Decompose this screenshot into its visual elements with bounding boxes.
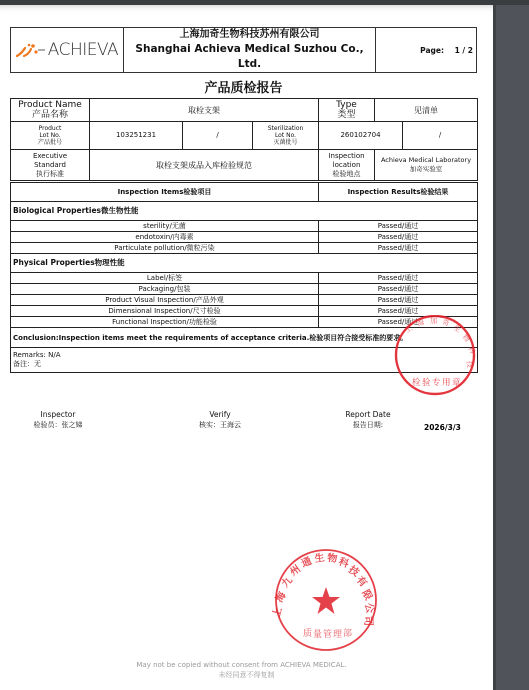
table-row: endotoxin/内毒素 Passed/通过 xyxy=(11,232,478,243)
report-date-value: 2026/3/3 xyxy=(424,423,461,432)
svg-text:质: 质 xyxy=(303,627,312,639)
item-name: Functional Inspection/功能检验 xyxy=(11,317,319,328)
std-label-line2: Standard xyxy=(13,161,87,170)
std-label-line1: Executive xyxy=(13,152,87,161)
type-label-en: Type xyxy=(321,100,372,110)
executive-standard-value: 取栓支架成品入库检验规范 xyxy=(90,150,319,181)
verify-label: Verify xyxy=(190,410,250,420)
logo-cell: ACHIEVA xyxy=(11,28,124,73)
inspector-name: 检验员：张之娣 xyxy=(28,420,88,430)
type-label: Type 类型 xyxy=(319,99,375,122)
inspector-signature: Inspector 检验员：张之娣 xyxy=(28,410,88,430)
item-result: Passed/通过 xyxy=(319,221,478,232)
company-logo: ACHIEVA xyxy=(11,28,123,72)
footer-line-cn: 未经同意不得复制 xyxy=(0,670,493,680)
item-result: Passed/通过 xyxy=(319,232,478,243)
svg-text:技: 技 xyxy=(465,360,475,368)
ster-label-line2: Lot No. xyxy=(255,132,316,139)
svg-text:奇: 奇 xyxy=(441,317,450,328)
svg-text:上: 上 xyxy=(271,606,284,619)
verify-signature: Verify 核实：王海云 xyxy=(190,410,250,430)
svg-text:用: 用 xyxy=(442,378,451,388)
svg-text:部: 部 xyxy=(343,627,352,639)
table-row: Packaging/包装 Passed/通过 xyxy=(11,284,478,295)
svg-text:理: 理 xyxy=(333,629,342,640)
loc-value-cn: 加奇实验室 xyxy=(377,165,475,174)
svg-text:司: 司 xyxy=(362,616,375,626)
item-name: Label/标签 xyxy=(11,273,319,284)
svg-text:物: 物 xyxy=(461,332,472,343)
company-name-cn: 上海加奇生物科技苏州有限公司 xyxy=(124,28,375,42)
item-name: sterility/无菌 xyxy=(11,221,319,232)
svg-text:限: 限 xyxy=(359,587,375,602)
sterilization-lot-label: Sterilization Lot No. 灭菌批号 xyxy=(253,122,319,150)
report-date-label: Report Date xyxy=(340,410,396,420)
product-lot-label: Product Lot No. 产品批号 xyxy=(11,122,90,150)
col-header-results: Inspection Results检验结果 xyxy=(319,183,478,202)
document-page: ACHIEVA 上海加奇生物科技苏州有限公司 Shanghai Achieva … xyxy=(0,5,493,690)
page-label: Page: xyxy=(420,46,444,55)
svg-text:量: 量 xyxy=(313,629,322,640)
svg-text:章: 章 xyxy=(452,377,461,388)
svg-text:上: 上 xyxy=(403,323,414,334)
item-result: Passed/通过 xyxy=(319,284,478,295)
loc-label-line1: Inspection xyxy=(321,152,372,161)
type-label-cn: 类型 xyxy=(321,110,372,120)
logo-mark-icon xyxy=(16,42,46,58)
table-row: Product Visual Inspection/产品外观 Passed/通过 xyxy=(11,295,478,306)
col-header-items: Inspection Items检验项目 xyxy=(11,183,319,202)
report-date-label-cn: 报告日期: xyxy=(340,420,396,430)
report-date: Report Date 报告日期: xyxy=(340,410,396,430)
inspection-location-label: Inspection location 检验地点 xyxy=(319,150,375,181)
table-row: sterility/无菌 Passed/通过 xyxy=(11,221,478,232)
svg-text:科: 科 xyxy=(466,345,477,355)
lot-label-line1: Product xyxy=(13,125,87,132)
verify-name: 核实：王海云 xyxy=(190,420,250,430)
svg-text:加: 加 xyxy=(430,316,437,325)
section-biological: Biological Properties微生物性能 xyxy=(11,202,478,221)
svg-text:专: 专 xyxy=(432,377,441,388)
document-header: ACHIEVA 上海加奇生物科技苏州有限公司 Shanghai Achieva … xyxy=(10,27,477,73)
lot-label-line3: 产品批号 xyxy=(13,139,87,146)
product-name-label: Product Name 产品名称 xyxy=(11,99,90,122)
quality-dept-stamp: 上 海 九 州 通 生 物 科 技 有 限 公 司 质量管理部 xyxy=(271,548,381,653)
std-label-line3: 执行标准 xyxy=(13,170,87,179)
inspection-seal-stamp: 上 海 加 奇 生 物 科 技 检验专用章 xyxy=(380,315,490,401)
svg-text:管: 管 xyxy=(323,628,332,640)
svg-text:物: 物 xyxy=(327,551,338,565)
product-name-label-cn: 产品名称 xyxy=(13,110,87,120)
item-name: endotoxin/内毒素 xyxy=(11,232,319,243)
logo-text: ACHIEVA xyxy=(48,40,118,60)
product-name-label-en: Product Name xyxy=(13,100,87,110)
lot-label-line2: Lot No. xyxy=(13,132,87,139)
footer-line-en: May not be copied without consent from A… xyxy=(0,660,493,670)
copyright-footer: May not be copied without consent from A… xyxy=(0,660,493,680)
inspection-location-value: Achieva Medical Laboratory 加奇实验室 xyxy=(375,150,478,181)
product-lot-value: 103251231 xyxy=(90,122,183,150)
item-name: Particulate pollution/微粒污染 xyxy=(11,243,319,254)
inspector-label: Inspector xyxy=(28,410,88,420)
table-row: Label/标签 Passed/通过 xyxy=(11,273,478,284)
viewer-scrollbar-track[interactable] xyxy=(493,5,529,690)
executive-standard-label: Executive Standard 执行标准 xyxy=(11,150,90,181)
ster-label-line1: Sterilization xyxy=(255,125,316,132)
sterilization-lot-value-2: / xyxy=(403,122,478,150)
svg-text:验: 验 xyxy=(422,377,431,388)
page-value: 1 / 2 xyxy=(455,46,473,55)
item-name: Product Visual Inspection/产品外观 xyxy=(11,295,319,306)
product-lot-value-2: / xyxy=(183,122,253,150)
company-name-cell: 上海加奇生物科技苏州有限公司 Shanghai Achieva Medical … xyxy=(124,28,376,73)
svg-text:海: 海 xyxy=(272,588,289,604)
page-indicator: Page: 1 / 2 xyxy=(376,28,477,73)
item-result: Passed/通过 xyxy=(319,273,478,284)
report-title: 产品质检报告 xyxy=(10,77,477,96)
loc-label-line3: 检验地点 xyxy=(321,170,372,179)
item-result: Passed/通过 xyxy=(319,243,478,254)
item-name: Packaging/包装 xyxy=(11,284,319,295)
section-physical: Physical Properties物理性能 xyxy=(11,254,478,273)
svg-text:检: 检 xyxy=(412,377,421,388)
type-value: 见清单 xyxy=(375,99,478,122)
loc-value-en: Achieva Medical Laboratory xyxy=(377,156,475,165)
item-name: Dimensional Inspection/尺寸检验 xyxy=(11,306,319,317)
product-info-table: Product Name 产品名称 取栓支架 Type 类型 见清单 Produ… xyxy=(10,98,478,181)
sterilization-lot-value: 260102704 xyxy=(319,122,403,150)
product-name-value: 取栓支架 xyxy=(90,99,319,122)
table-row: Particulate pollution/微粒污染 Passed/通过 xyxy=(11,243,478,254)
svg-text:生: 生 xyxy=(314,551,326,565)
company-name-en: Shanghai Achieva Medical Suzhou Co., Ltd… xyxy=(124,42,375,72)
item-result: Passed/通过 xyxy=(319,295,478,306)
loc-label-line2: location xyxy=(321,161,372,170)
ster-label-line3: 灭菌批号 xyxy=(255,139,316,146)
